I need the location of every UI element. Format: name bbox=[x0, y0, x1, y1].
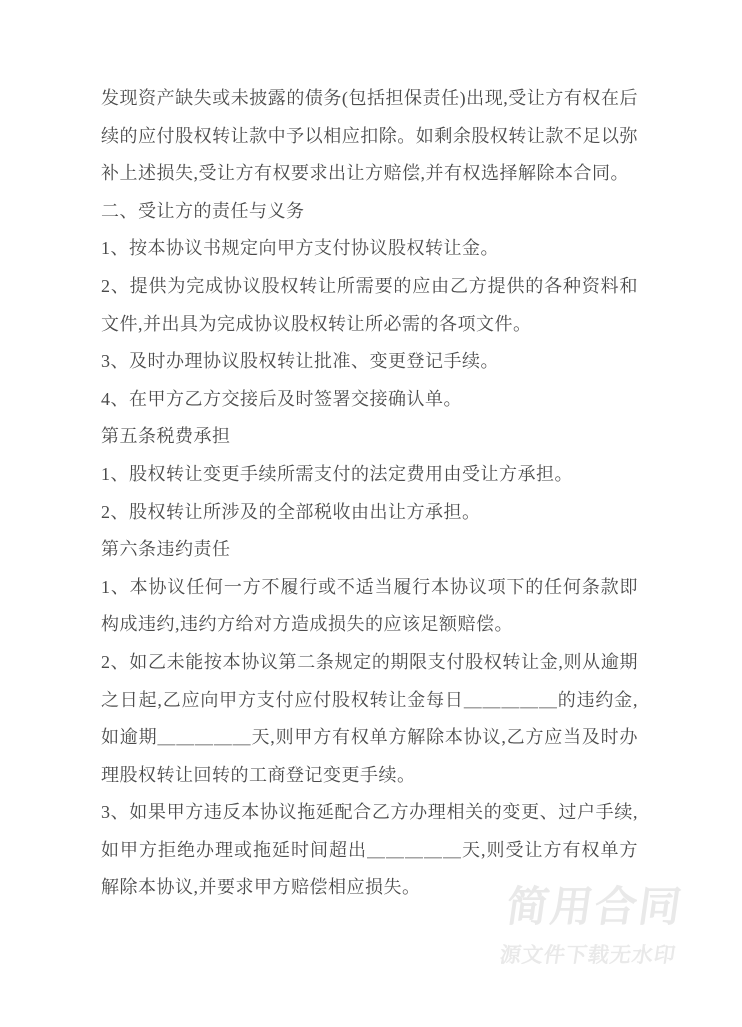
contract-page: 发现资产缺失或未披露的债务(包括担保责任)出现,受让方有权在后续的应付股权转让款… bbox=[0, 0, 742, 1027]
article-heading-5-taxes: 第五条税费承担 bbox=[101, 418, 638, 456]
section-heading-transferee-duties: 二、受让方的责任与义务 bbox=[101, 193, 638, 231]
clause-6-item-3-delay-termination: 3、如果甲方违反本协议拖延配合乙方办理相关的变更、过户手续,如甲方拒绝办理或拖延… bbox=[101, 794, 638, 907]
clause-item-3-registration: 3、及时办理协议股权转让批准、变更登记手续。 bbox=[101, 343, 638, 381]
article-heading-6-breach: 第六条违约责任 bbox=[101, 531, 638, 569]
clause-item-4-confirmation: 4、在甲方乙方交接后及时签署交接确认单。 bbox=[101, 381, 638, 419]
watermark-tagline-text: 源文件下载无水印 bbox=[498, 939, 702, 969]
clause-continuation-asset-loss: 发现资产缺失或未披露的债务(包括担保责任)出现,受让方有权在后续的应付股权转让款… bbox=[101, 80, 638, 193]
clause-item-1-pay-transfer-fee: 1、按本协议书规定向甲方支付协议股权转让金。 bbox=[101, 230, 638, 268]
clause-6-item-2-overdue-penalty: 2、如乙未能按本协议第二条规定的期限支付股权转让金,则从逾期之日起,乙应向甲方支… bbox=[101, 644, 638, 794]
clause-6-item-1-breach-compensation: 1、本协议任何一方不履行或不适当履行本协议项下的任何条款即构成违约,违约方给对方… bbox=[101, 569, 638, 644]
clause-5-item-2-taxes: 2、股权转让所涉及的全部税收由出让方承担。 bbox=[101, 494, 638, 532]
contract-body: 发现资产缺失或未披露的债务(包括担保责任)出现,受让方有权在后续的应付股权转让款… bbox=[101, 80, 638, 907]
clause-5-item-1-legal-fees: 1、股权转让变更手续所需支付的法定费用由受让方承担。 bbox=[101, 456, 638, 494]
clause-item-2-provide-materials: 2、提供为完成协议股权转让所需要的应由乙方提供的各种资料和文件,并出具为完成协议… bbox=[101, 268, 638, 343]
